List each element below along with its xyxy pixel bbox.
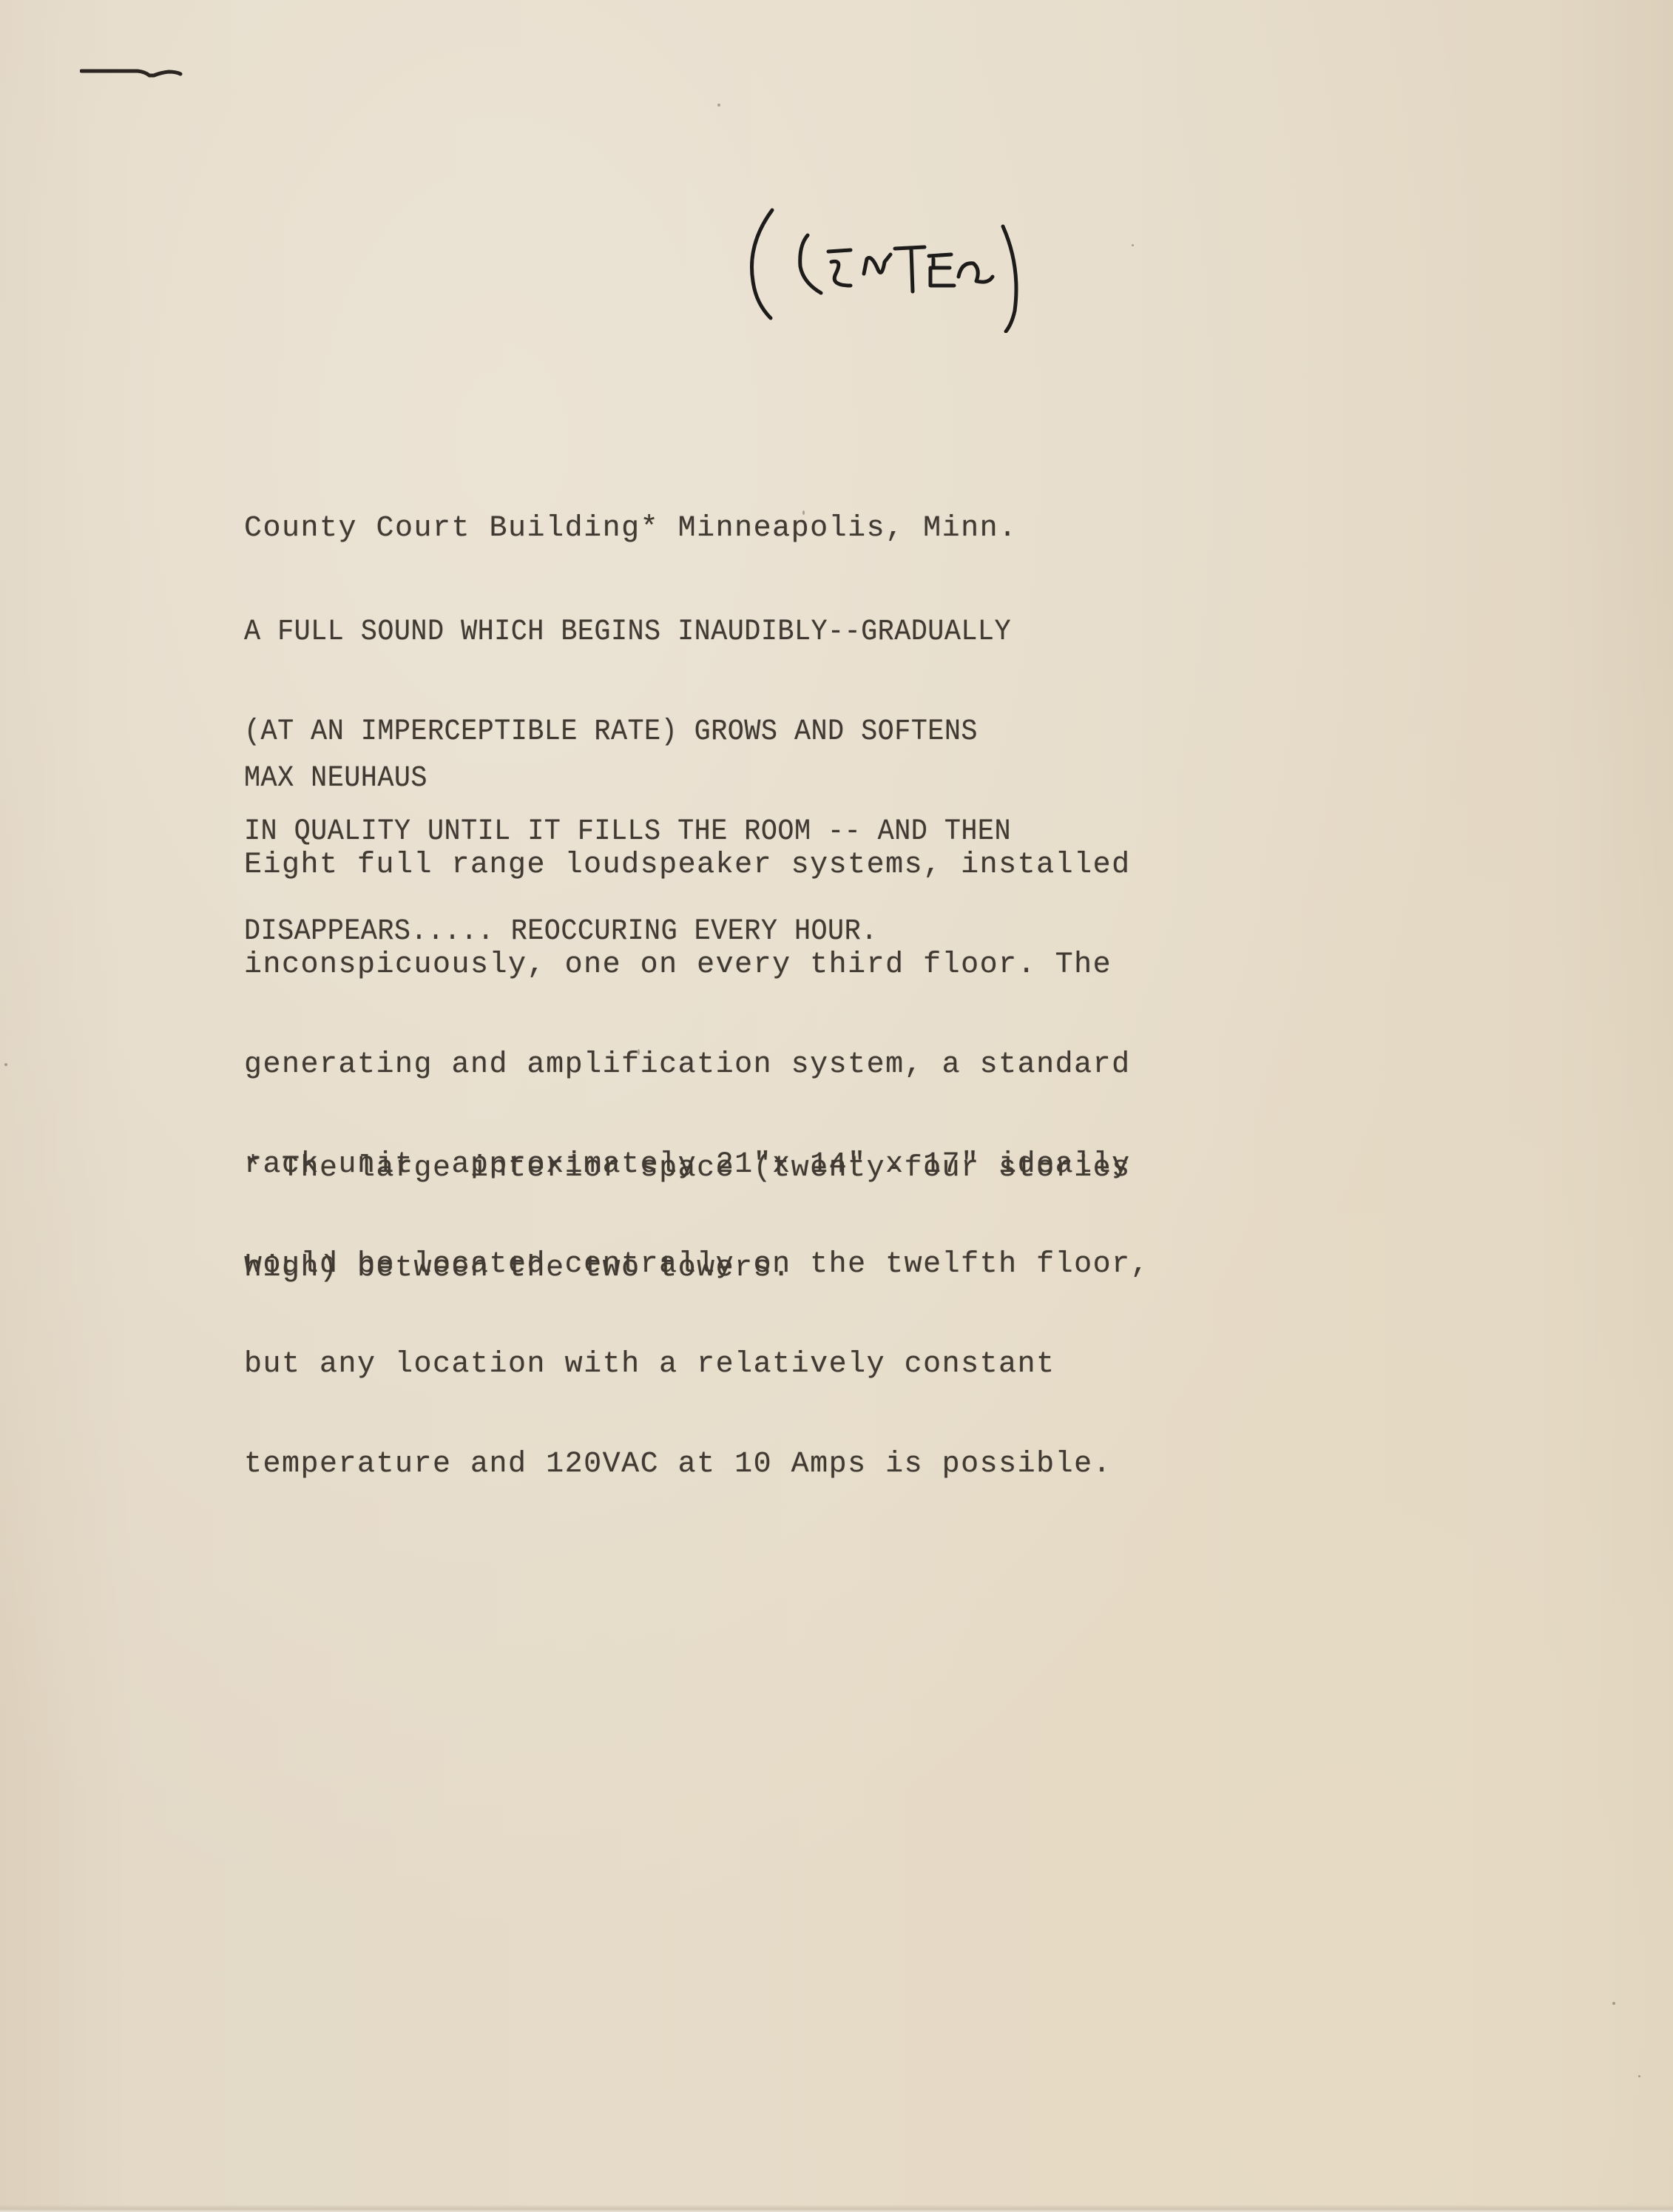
paper-speck	[717, 104, 720, 107]
spec-line: generating and amplification system, a s…	[244, 1048, 1149, 1082]
spec-line: inconspicuously, one on every third floo…	[244, 948, 1149, 982]
paper-speck	[638, 1049, 640, 1055]
statement-line: A FULL SOUND WHICH BEGINS INAUDIBLY--GRA…	[244, 616, 1011, 649]
staple-mark-icon	[80, 68, 183, 78]
paper-speck	[802, 510, 805, 515]
paper-speck	[4, 1063, 7, 1066]
paper-speck	[1132, 244, 1134, 246]
spec-line: temperature and 120VAC at 10 Amps is pos…	[244, 1448, 1149, 1481]
spec-line: Eight full range loudspeaker systems, in…	[244, 849, 1149, 882]
footnote-line: high) between the two towers.	[244, 1252, 1131, 1285]
handwritten-center-annotation: (CENTER)	[740, 200, 1035, 333]
page-bottom-edge	[0, 2205, 1673, 2212]
paper-speck	[1638, 2075, 1640, 2077]
spec-line: but any location with a relatively const…	[244, 1348, 1149, 1381]
footnote: * The large interior space (twenty-four …	[244, 1085, 1131, 1352]
footnote-line: * The large interior space (twenty-four …	[244, 1152, 1131, 1185]
paper-speck	[1612, 2002, 1615, 2005]
location-text: County Court Building* Minneapolis, Minn…	[244, 512, 1018, 545]
